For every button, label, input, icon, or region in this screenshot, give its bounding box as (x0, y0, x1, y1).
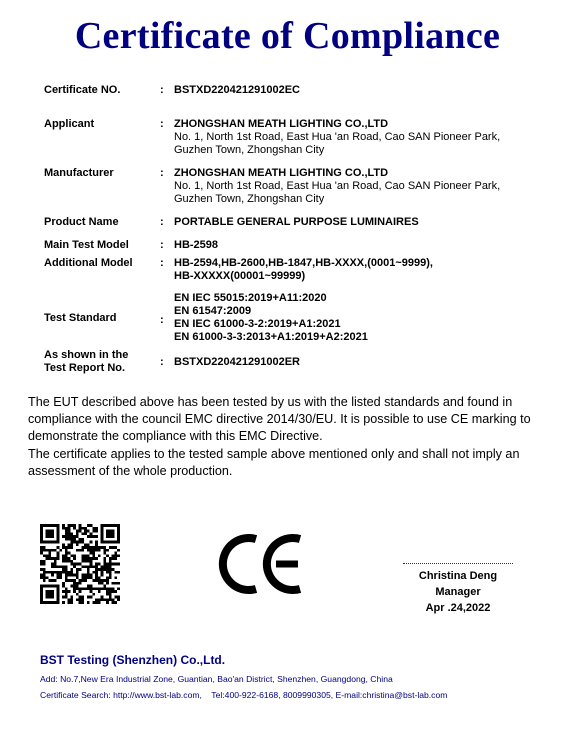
qr-code-icon (40, 524, 120, 604)
applicant-address-1: No. 1, North 1st Road, East Hua 'an Road… (174, 131, 554, 144)
field-label: Main Test Model (44, 239, 156, 252)
colon: : (160, 257, 164, 270)
compliance-statement: The EUT described above has been tested … (28, 394, 548, 480)
statement-paragraph-2: The certificate applies to the tested sa… (28, 446, 548, 480)
colon: : (160, 239, 164, 252)
colon: : (160, 167, 164, 180)
colon: : (160, 84, 164, 97)
additional-model-1: HB-2594,HB-2600,HB-1847,HB-XXXX,(0001~99… (174, 257, 554, 270)
field-label: Test Report No. (44, 362, 156, 375)
additional-model-2: HB-XXXXX(00001~99999) (174, 270, 554, 283)
manufacturer-name: ZHONGSHAN MEATH LIGHTING CO.,LTD (174, 167, 554, 180)
colon: : (160, 118, 164, 131)
test-standard-2: EN 61547:2009 (174, 305, 554, 318)
applicant-address-2: Guzhen Town, Zhongshan City (174, 144, 554, 157)
certificate-title: Certificate of Compliance (0, 14, 575, 58)
field-label: Manufacturer (44, 167, 156, 180)
signatory-name: Christina Deng (390, 568, 526, 584)
issuer-address: Add: No.7,New Era Industrial Zone, Guant… (40, 674, 393, 684)
ce-mark-icon (218, 533, 306, 595)
statement-paragraph-1: The EUT described above has been tested … (28, 394, 548, 446)
product-name: PORTABLE GENERAL PURPOSE LUMINAIRES (174, 216, 554, 229)
field-label: Applicant (44, 118, 156, 131)
field-label: Product Name (44, 216, 156, 229)
test-standard-4: EN 61000-3-3:2013+A1:2019+A2:2021 (174, 331, 554, 344)
issuer-contact: Certificate Search: http://www.bst-lab.c… (40, 690, 447, 700)
field-label: Additional Model (44, 257, 156, 270)
colon: : (160, 356, 164, 369)
certificate-number: BSTXD220421291002EC (174, 84, 554, 97)
manufacturer-address-2: Guzhen Town, Zhongshan City (174, 193, 554, 206)
manufacturer-address-1: No. 1, North 1st Road, East Hua 'an Road… (174, 180, 554, 193)
field-label: As shown in the (44, 349, 156, 362)
test-standard-3: EN IEC 61000-3-2:2019+A1:2021 (174, 318, 554, 331)
field-label: Certificate NO. (44, 84, 156, 97)
colon: : (160, 216, 164, 229)
signature-date: Apr .24,2022 (390, 600, 526, 616)
main-test-model: HB-2598 (174, 239, 554, 252)
colon: : (160, 314, 164, 327)
signature-line (403, 563, 513, 564)
issuer-company: BST Testing (Shenzhen) Co.,Ltd. (40, 653, 225, 667)
applicant-name: ZHONGSHAN MEATH LIGHTING CO.,LTD (174, 118, 554, 131)
test-report-number: BSTXD220421291002ER (174, 356, 554, 369)
signatory-title: Manager (390, 584, 526, 600)
signature-block: Christina Deng Manager Apr .24,2022 (390, 568, 526, 616)
field-label: Test Standard (44, 312, 156, 325)
test-standard-1: EN IEC 55015:2019+A11:2020 (174, 292, 554, 305)
